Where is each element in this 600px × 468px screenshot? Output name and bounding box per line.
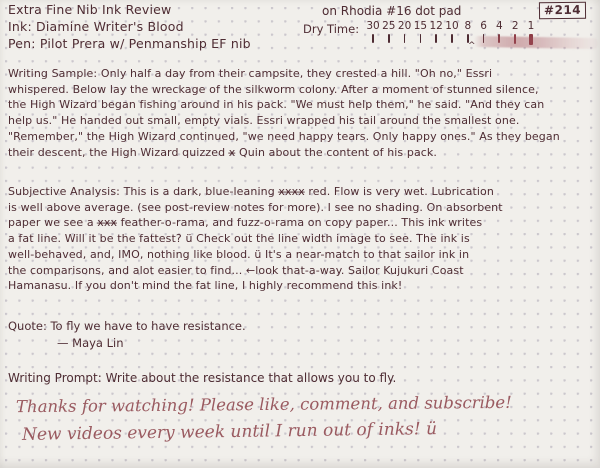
scanned-review-page: Extra Fine Nib Ink Review Ink: Diamine W… (0, 0, 600, 468)
dry-time-label: Dry Time: (303, 22, 359, 36)
dry-time-mark: 12 (429, 20, 443, 45)
pen-line: Pen: Pilot Prera w/ Penmanship EF nib (8, 36, 251, 51)
ink-smear-swatch (474, 36, 598, 49)
quote-attribution: — Maya Lin (57, 335, 124, 351)
outro-schedule-line: New videos every week until I run out of… (22, 419, 437, 445)
subjective-analysis-paragraph: Subjective Analysis: This is a dark, blu… (8, 184, 598, 294)
ink-line: Ink: Diamine Writer's Blood (8, 19, 184, 34)
review-number-badge: #214 (539, 2, 586, 19)
writing-prompt-line: Writing Prompt: Write about the resistan… (8, 371, 396, 385)
dry-time-mark: 25 (382, 20, 396, 45)
dry-time-mark: 30 (366, 20, 380, 45)
review-title: Extra Fine Nib Ink Review (8, 2, 171, 17)
paper-note: on Rhodia #16 dot pad (322, 4, 461, 18)
dry-time-mark: 20 (398, 20, 412, 45)
quote-line: Quote: To fly we have to have resistance… (8, 318, 246, 334)
outro-thanks-line: Thanks for watching! Please like, commen… (16, 393, 512, 416)
writing-sample-paragraph: Writing Sample: Only half a day from the… (8, 66, 598, 160)
dry-time-mark: 15 (413, 20, 427, 45)
dry-time-mark: 10 (445, 20, 459, 45)
